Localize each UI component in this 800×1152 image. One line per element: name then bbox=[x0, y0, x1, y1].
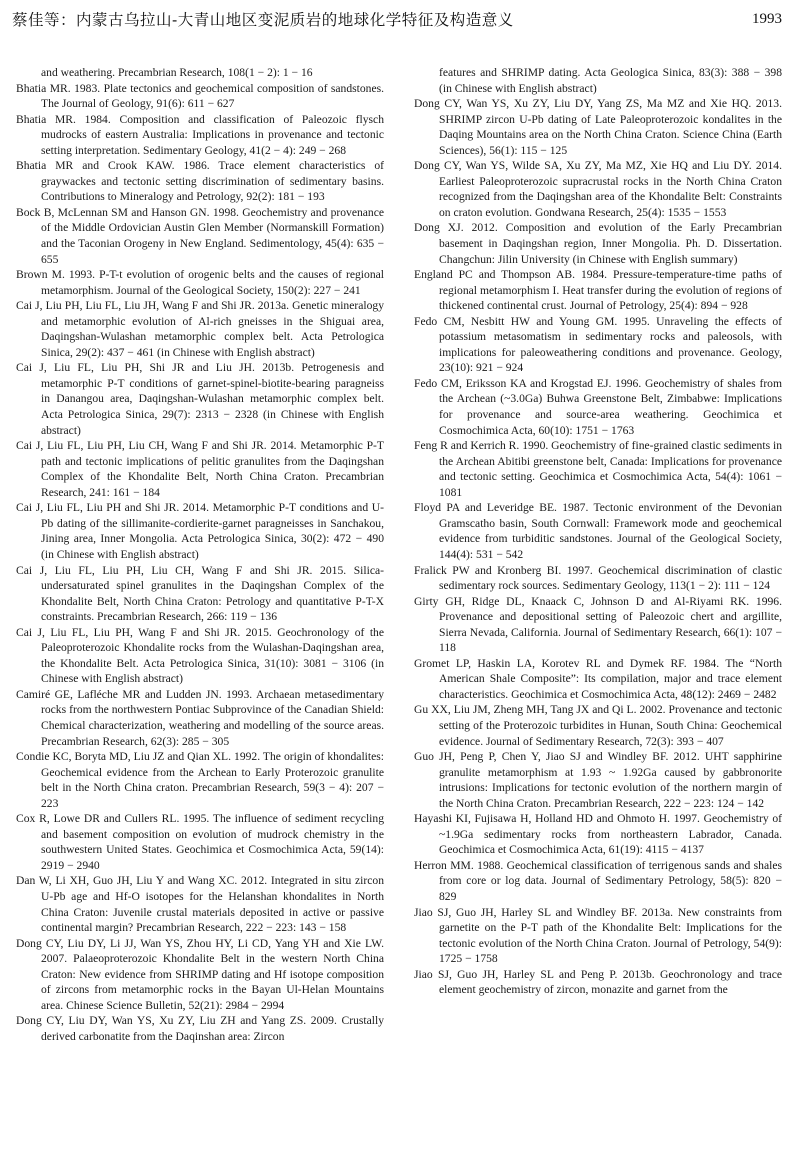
reference-entry: Condie KC, Boryta MD, Liu JZ and Qian XL… bbox=[16, 749, 384, 811]
reference-entry: Camiré GE, Lafléche MR and Ludden JN. 19… bbox=[16, 687, 384, 749]
reference-entry: England PC and Thompson AB. 1984. Pressu… bbox=[414, 267, 782, 314]
reference-entry: Jiao SJ, Guo JH, Harley SL and Windley B… bbox=[414, 905, 782, 967]
reference-entry: Cai J, Liu FL, Liu PH, Wang F and Shi JR… bbox=[16, 625, 384, 687]
reference-entry: Cai J, Liu PH, Liu FL, Liu JH, Wang F an… bbox=[16, 298, 384, 360]
reference-entry: Hayashi KI, Fujisawa H, Holland HD and O… bbox=[414, 811, 782, 858]
reference-entry: Dong CY, Wan YS, Wilde SA, Xu ZY, Ma MZ,… bbox=[414, 158, 782, 220]
reference-entry: Cai J, Liu FL, Liu PH, Liu CH, Wang F an… bbox=[16, 563, 384, 625]
reference-entry: Bock B, McLennan SM and Hanson GN. 1998.… bbox=[16, 205, 384, 267]
reference-entry: Girty GH, Ridge DL, Knaack C, Johnson D … bbox=[414, 594, 782, 656]
reference-entry: Cai J, Liu FL, Liu PH and Shi JR. 2014. … bbox=[16, 500, 384, 562]
reference-entry: and weathering. Precambrian Research, 10… bbox=[16, 65, 384, 81]
reference-entry: Jiao SJ, Guo JH, Harley SL and Peng P. 2… bbox=[414, 967, 782, 998]
reference-entry: Cai J, Liu FL, Liu PH, Liu CH, Wang F an… bbox=[16, 438, 384, 500]
reference-entry: Cox R, Lowe DR and Cullers RL. 1995. The… bbox=[16, 811, 384, 873]
reference-entry: Dong CY, Wan YS, Xu ZY, Liu DY, Yang ZS,… bbox=[414, 96, 782, 158]
reference-entry: Floyd PA and Leveridge BE. 1987. Tectoni… bbox=[414, 500, 782, 562]
reference-entry: Gromet LP, Haskin LA, Korotev RL and Dym… bbox=[414, 656, 782, 703]
left-column-references: and weathering. Precambrian Research, 10… bbox=[16, 65, 384, 1044]
reference-entry: Brown M. 1993. P-T-t evolution of orogen… bbox=[16, 267, 384, 298]
reference-entry: Dong CY, Liu DY, Li JJ, Wan YS, Zhou HY,… bbox=[16, 936, 384, 1014]
reference-entry: Fedo CM, Eriksson KA and Krogstad EJ. 19… bbox=[414, 376, 782, 438]
reference-entry: Dong XJ. 2012. Composition and evolution… bbox=[414, 220, 782, 267]
right-column-references: features and SHRIMP dating. Acta Geologi… bbox=[414, 65, 782, 998]
reference-entry: Bhatia MR and Crook KAW. 1986. Trace ele… bbox=[16, 158, 384, 205]
running-title: 蔡佳等：内蒙古乌拉山-大青山地区变泥质岩的地球化学特征及构造意义 bbox=[12, 8, 514, 30]
reference-entry: Bhatia MR. 1983. Plate tectonics and geo… bbox=[16, 81, 384, 112]
reference-entry: Dong CY, Liu DY, Wan YS, Xu ZY, Liu ZH a… bbox=[16, 1013, 384, 1044]
page-number: 1993 bbox=[752, 11, 782, 28]
reference-entry: Herron MM. 1988. Geochemical classificat… bbox=[414, 858, 782, 905]
reference-entry: Gu XX, Liu JM, Zheng MH, Tang JX and Qi … bbox=[414, 702, 782, 749]
reference-entry: Dan W, Li XH, Guo JH, Liu Y and Wang XC.… bbox=[16, 873, 384, 935]
reference-entry: Fedo CM, Nesbitt HW and Young GM. 1995. … bbox=[414, 314, 782, 376]
reference-entry: Feng R and Kerrich R. 1990. Geochemistry… bbox=[414, 438, 782, 500]
running-header: 蔡佳等：内蒙古乌拉山-大青山地区变泥质岩的地球化学特征及构造意义 1993 bbox=[12, 8, 782, 30]
reference-entry: Guo JH, Peng P, Chen Y, Jiao SJ and Wind… bbox=[414, 749, 782, 811]
reference-entry: features and SHRIMP dating. Acta Geologi… bbox=[414, 65, 782, 96]
reference-entry: Cai J, Liu FL, Liu PH, Shi JR and Liu JH… bbox=[16, 360, 384, 438]
reference-entry: Bhatia MR. 1984. Composition and classif… bbox=[16, 112, 384, 159]
reference-entry: Fralick PW and Kronberg BI. 1997. Geoche… bbox=[414, 563, 782, 594]
